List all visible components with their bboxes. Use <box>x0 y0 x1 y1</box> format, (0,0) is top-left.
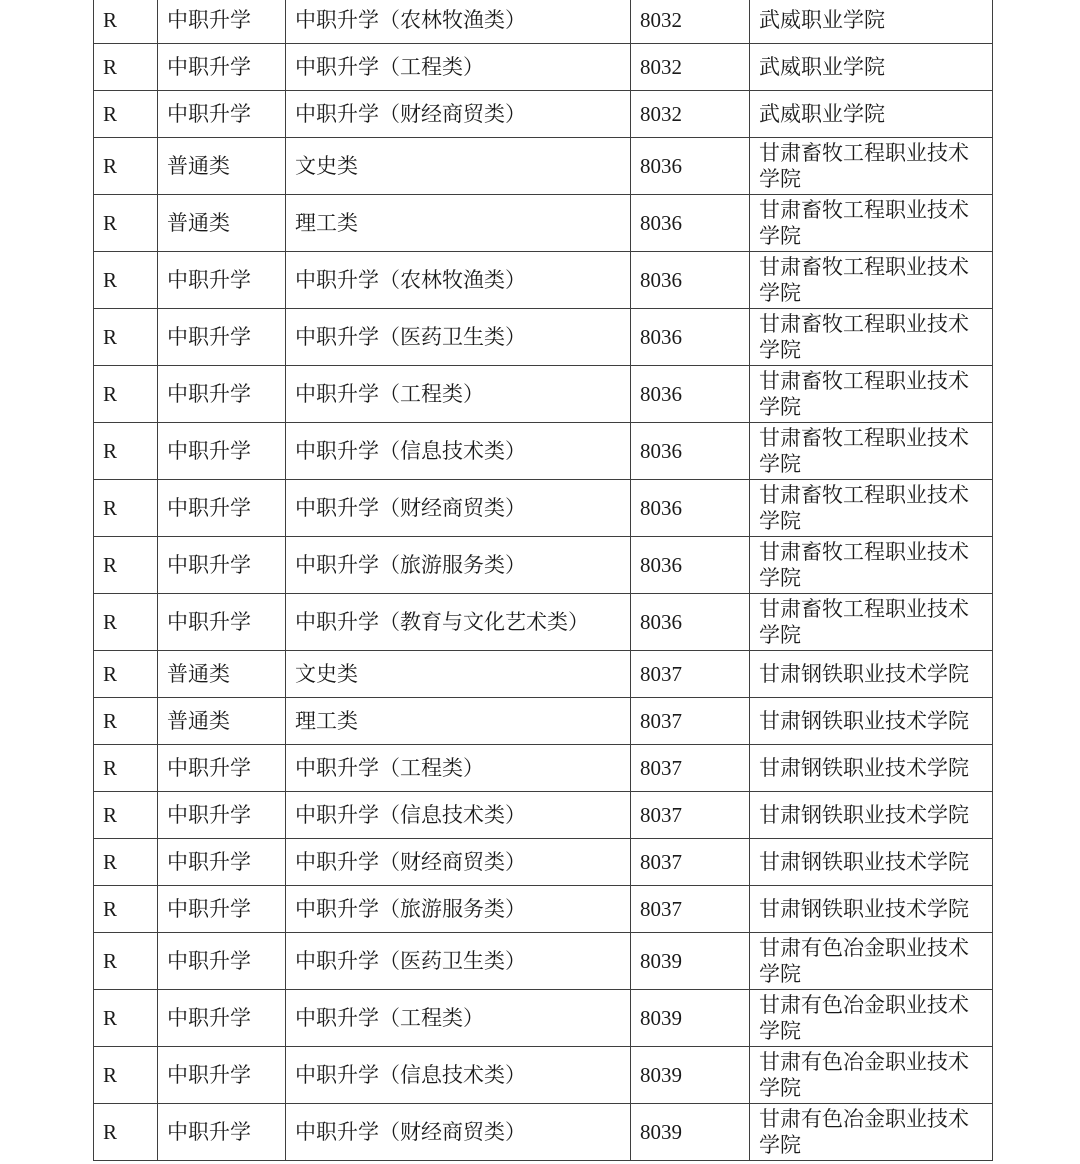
cell-stream: R <box>94 651 158 698</box>
cell-subject: 中职升学（财经商贸类） <box>286 91 631 138</box>
cell-code: 8039 <box>631 1047 750 1104</box>
cell-institution: 甘肃有色冶金职业技术学院 <box>750 933 993 990</box>
cell-institution: 武威职业学院 <box>750 0 993 44</box>
cell-code: 8036 <box>631 537 750 594</box>
cell-category: 中职升学 <box>158 1047 286 1104</box>
cell-subject: 中职升学（财经商贸类） <box>286 839 631 886</box>
cell-stream: R <box>94 990 158 1047</box>
table-row: R 中职升学 中职升学（医药卫生类） 8036 甘肃畜牧工程职业技术学院 <box>94 309 993 366</box>
table-row: R 普通类 文史类 8037 甘肃钢铁职业技术学院 <box>94 651 993 698</box>
cell-category: 中职升学 <box>158 990 286 1047</box>
cell-code: 8032 <box>631 0 750 44</box>
cell-code: 8039 <box>631 1104 750 1161</box>
cell-subject: 文史类 <box>286 138 631 195</box>
cell-code: 8036 <box>631 423 750 480</box>
cell-category: 普通类 <box>158 651 286 698</box>
table-row: R 中职升学 中职升学（财经商贸类） 8039 甘肃有色冶金职业技术学院 <box>94 1104 993 1161</box>
cell-code: 8039 <box>631 933 750 990</box>
cell-institution: 甘肃钢铁职业技术学院 <box>750 839 993 886</box>
cell-stream: R <box>94 252 158 309</box>
cell-stream: R <box>94 839 158 886</box>
cell-subject: 中职升学（农林牧渔类） <box>286 0 631 44</box>
table-row: R 中职升学 中职升学（医药卫生类） 8039 甘肃有色冶金职业技术学院 <box>94 933 993 990</box>
cell-stream: R <box>94 1104 158 1161</box>
cell-subject: 理工类 <box>286 698 631 745</box>
cell-code: 8037 <box>631 651 750 698</box>
cell-institution: 甘肃钢铁职业技术学院 <box>750 651 993 698</box>
cell-institution: 甘肃畜牧工程职业技术学院 <box>750 195 993 252</box>
cell-stream: R <box>94 91 158 138</box>
cell-category: 中职升学 <box>158 886 286 933</box>
cell-institution: 甘肃畜牧工程职业技术学院 <box>750 138 993 195</box>
table-row: R 普通类 理工类 8036 甘肃畜牧工程职业技术学院 <box>94 195 993 252</box>
cell-subject: 中职升学（医药卫生类） <box>286 933 631 990</box>
cell-institution: 甘肃钢铁职业技术学院 <box>750 792 993 839</box>
cell-stream: R <box>94 792 158 839</box>
cell-institution: 甘肃有色冶金职业技术学院 <box>750 1047 993 1104</box>
cell-institution: 甘肃有色冶金职业技术学院 <box>750 1104 993 1161</box>
cell-institution: 甘肃钢铁职业技术学院 <box>750 698 993 745</box>
cell-code: 8036 <box>631 252 750 309</box>
table-row: R 中职升学 中职升学（旅游服务类） 8036 甘肃畜牧工程职业技术学院 <box>94 537 993 594</box>
cell-code: 8039 <box>631 990 750 1047</box>
admission-table: R 中职升学 中职升学（农林牧渔类） 8032 武威职业学院 R 中职升学 中职… <box>93 0 993 1161</box>
cell-stream: R <box>94 309 158 366</box>
cell-code: 8036 <box>631 195 750 252</box>
cell-subject: 中职升学（信息技术类） <box>286 792 631 839</box>
cell-category: 中职升学 <box>158 1104 286 1161</box>
cell-code: 8036 <box>631 480 750 537</box>
cell-category: 普通类 <box>158 698 286 745</box>
cell-stream: R <box>94 44 158 91</box>
cell-institution: 甘肃畜牧工程职业技术学院 <box>750 366 993 423</box>
cell-category: 中职升学 <box>158 480 286 537</box>
table-row: R 中职升学 中职升学（财经商贸类） 8037 甘肃钢铁职业技术学院 <box>94 839 993 886</box>
cell-subject: 中职升学（信息技术类） <box>286 423 631 480</box>
table-body: R 中职升学 中职升学（农林牧渔类） 8032 武威职业学院 R 中职升学 中职… <box>94 0 993 1161</box>
cell-institution: 甘肃畜牧工程职业技术学院 <box>750 594 993 651</box>
cell-institution: 甘肃钢铁职业技术学院 <box>750 745 993 792</box>
cell-institution: 甘肃畜牧工程职业技术学院 <box>750 252 993 309</box>
cell-institution: 甘肃钢铁职业技术学院 <box>750 886 993 933</box>
table-row: R 中职升学 中职升学（农林牧渔类） 8032 武威职业学院 <box>94 0 993 44</box>
cell-subject: 中职升学（工程类） <box>286 745 631 792</box>
cell-subject: 理工类 <box>286 195 631 252</box>
cell-subject: 中职升学（财经商贸类） <box>286 480 631 537</box>
cell-stream: R <box>94 1047 158 1104</box>
document-page: R 中职升学 中职升学（农林牧渔类） 8032 武威职业学院 R 中职升学 中职… <box>0 0 1080 1164</box>
cell-code: 8037 <box>631 839 750 886</box>
cell-stream: R <box>94 698 158 745</box>
cell-category: 中职升学 <box>158 309 286 366</box>
cell-stream: R <box>94 537 158 594</box>
cell-subject: 中职升学（旅游服务类） <box>286 886 631 933</box>
table-row: R 中职升学 中职升学（工程类） 8039 甘肃有色冶金职业技术学院 <box>94 990 993 1047</box>
cell-subject: 中职升学（农林牧渔类） <box>286 252 631 309</box>
cell-institution: 武威职业学院 <box>750 44 993 91</box>
cell-stream: R <box>94 138 158 195</box>
cell-institution: 甘肃有色冶金职业技术学院 <box>750 990 993 1047</box>
cell-subject: 中职升学（财经商贸类） <box>286 1104 631 1161</box>
cell-category: 中职升学 <box>158 933 286 990</box>
table-row: R 中职升学 中职升学（工程类） 8032 武威职业学院 <box>94 44 993 91</box>
cell-category: 普通类 <box>158 195 286 252</box>
cell-code: 8037 <box>631 698 750 745</box>
cell-subject: 中职升学（教育与文化艺术类） <box>286 594 631 651</box>
cell-category: 中职升学 <box>158 91 286 138</box>
cell-stream: R <box>94 886 158 933</box>
table-row: R 中职升学 中职升学（工程类） 8036 甘肃畜牧工程职业技术学院 <box>94 366 993 423</box>
cell-subject: 中职升学（信息技术类） <box>286 1047 631 1104</box>
cell-subject: 文史类 <box>286 651 631 698</box>
table-row: R 中职升学 中职升学（信息技术类） 8039 甘肃有色冶金职业技术学院 <box>94 1047 993 1104</box>
cell-category: 中职升学 <box>158 423 286 480</box>
cell-category: 中职升学 <box>158 44 286 91</box>
cell-stream: R <box>94 933 158 990</box>
table-row: R 中职升学 中职升学（财经商贸类） 8032 武威职业学院 <box>94 91 993 138</box>
cell-subject: 中职升学（工程类） <box>286 44 631 91</box>
cell-subject: 中职升学（旅游服务类） <box>286 537 631 594</box>
cell-code: 8032 <box>631 91 750 138</box>
cell-category: 中职升学 <box>158 792 286 839</box>
cell-category: 中职升学 <box>158 839 286 886</box>
cell-code: 8036 <box>631 366 750 423</box>
cell-subject: 中职升学（医药卫生类） <box>286 309 631 366</box>
cell-category: 中职升学 <box>158 0 286 44</box>
table-row: R 中职升学 中职升学（信息技术类） 8036 甘肃畜牧工程职业技术学院 <box>94 423 993 480</box>
table-row: R 中职升学 中职升学（教育与文化艺术类） 8036 甘肃畜牧工程职业技术学院 <box>94 594 993 651</box>
cell-stream: R <box>94 594 158 651</box>
table-row: R 中职升学 中职升学（工程类） 8037 甘肃钢铁职业技术学院 <box>94 745 993 792</box>
table-row: R 普通类 理工类 8037 甘肃钢铁职业技术学院 <box>94 698 993 745</box>
cell-category: 中职升学 <box>158 537 286 594</box>
cell-category: 中职升学 <box>158 745 286 792</box>
cell-stream: R <box>94 366 158 423</box>
cell-code: 8036 <box>631 138 750 195</box>
cell-category: 中职升学 <box>158 366 286 423</box>
cell-stream: R <box>94 480 158 537</box>
cell-stream: R <box>94 195 158 252</box>
cell-code: 8037 <box>631 792 750 839</box>
cell-institution: 甘肃畜牧工程职业技术学院 <box>750 309 993 366</box>
cell-code: 8037 <box>631 886 750 933</box>
cell-code: 8036 <box>631 594 750 651</box>
cell-subject: 中职升学（工程类） <box>286 990 631 1047</box>
cell-category: 中职升学 <box>158 252 286 309</box>
cell-stream: R <box>94 745 158 792</box>
cell-code: 8032 <box>631 44 750 91</box>
cell-institution: 甘肃畜牧工程职业技术学院 <box>750 480 993 537</box>
cell-stream: R <box>94 0 158 44</box>
cell-stream: R <box>94 423 158 480</box>
table-row: R 中职升学 中职升学（农林牧渔类） 8036 甘肃畜牧工程职业技术学院 <box>94 252 993 309</box>
table-row: R 中职升学 中职升学（信息技术类） 8037 甘肃钢铁职业技术学院 <box>94 792 993 839</box>
table-row: R 中职升学 中职升学（旅游服务类） 8037 甘肃钢铁职业技术学院 <box>94 886 993 933</box>
cell-institution: 甘肃畜牧工程职业技术学院 <box>750 423 993 480</box>
cell-institution: 甘肃畜牧工程职业技术学院 <box>750 537 993 594</box>
cell-category: 普通类 <box>158 138 286 195</box>
cell-category: 中职升学 <box>158 594 286 651</box>
table-row: R 普通类 文史类 8036 甘肃畜牧工程职业技术学院 <box>94 138 993 195</box>
table-row: R 中职升学 中职升学（财经商贸类） 8036 甘肃畜牧工程职业技术学院 <box>94 480 993 537</box>
cell-subject: 中职升学（工程类） <box>286 366 631 423</box>
cell-institution: 武威职业学院 <box>750 91 993 138</box>
cell-code: 8036 <box>631 309 750 366</box>
cell-code: 8037 <box>631 745 750 792</box>
